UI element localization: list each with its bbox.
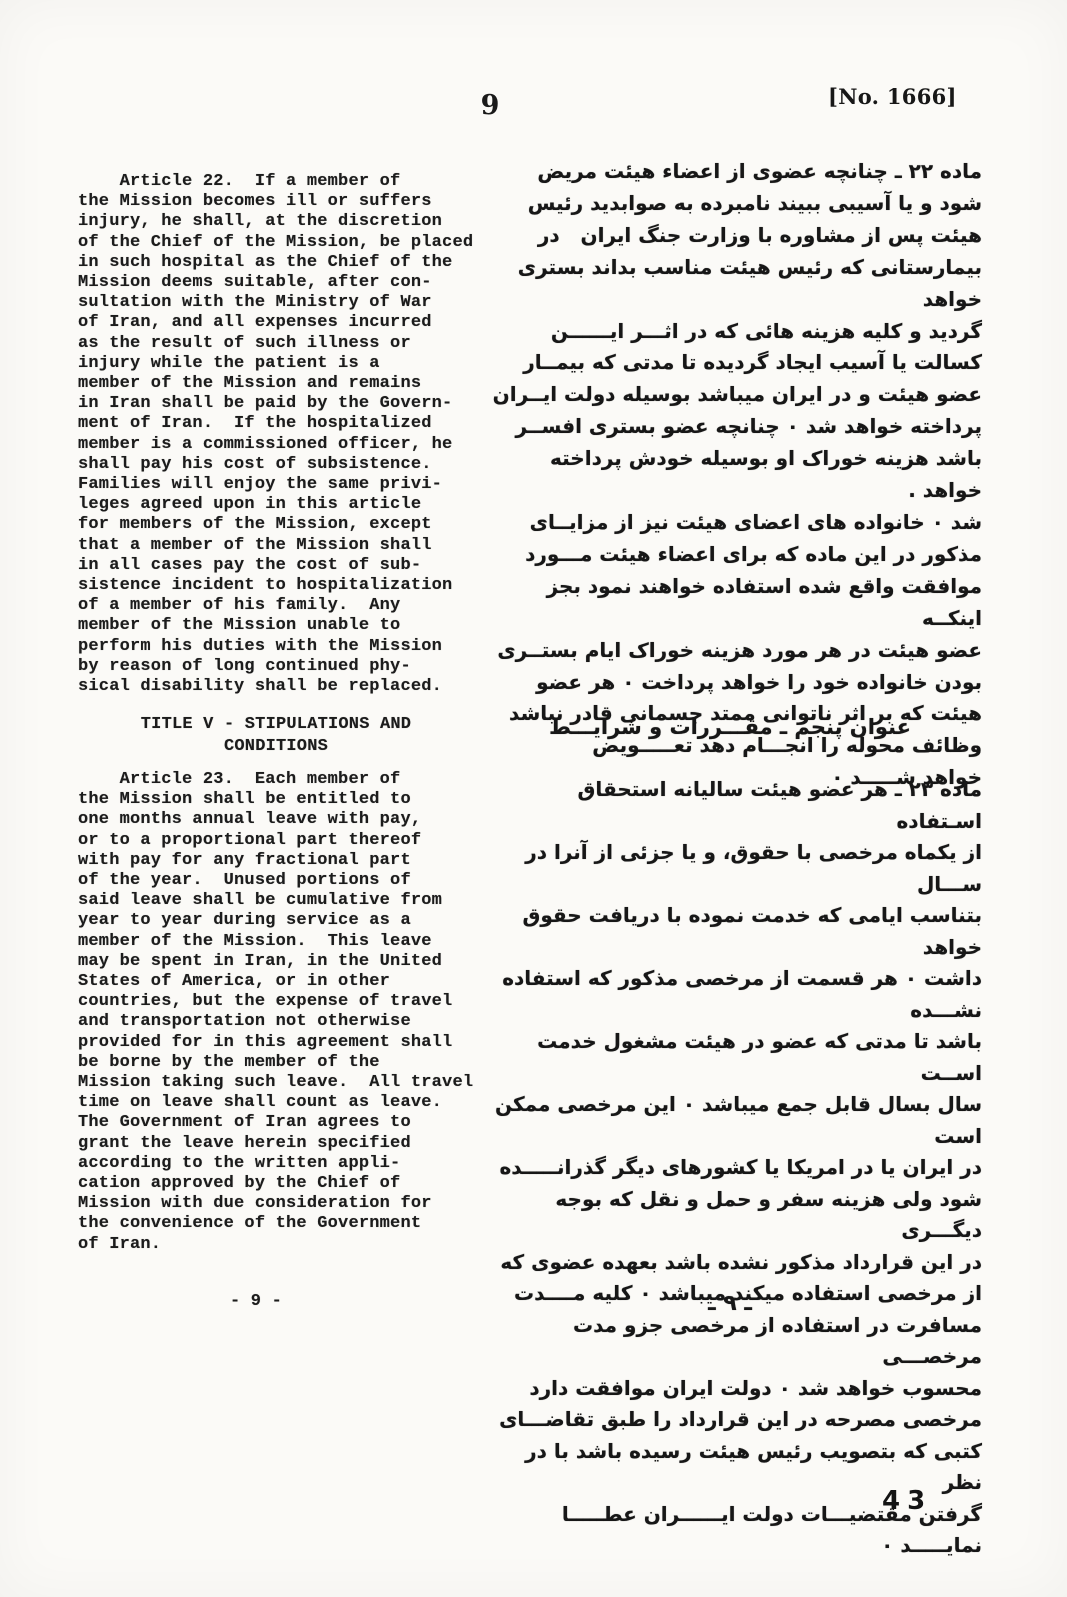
english-article-23-paragraph: Article 23. Each member of the Mission s…	[78, 770, 526, 1255]
persian-article-22-paragraph: ماده ۲۲ ـ چنانچه عضوی از اعضاء هیئت مریض…	[490, 156, 982, 794]
persian-article-23-paragraph: ماده ۲۳ ـ هر عضو هیئت سالیانه استحقاق اس…	[488, 774, 982, 1562]
book-folio-number: 43	[882, 1486, 962, 1516]
english-title-v-heading: TITLE V - STIPULATIONS AND CONDITIONS	[80, 714, 472, 758]
english-column-page-footer: - 9 -	[80, 1292, 432, 1312]
persian-title-v-heading: عنوان پنجم ـ مقـــررات و شرایـــط	[520, 712, 940, 744]
page-number-header: 9	[468, 90, 512, 121]
document-number-header: [No. 1666]	[828, 84, 958, 109]
persian-column-page-footer: ـ ٩ ـ	[610, 1288, 850, 1320]
scanned-treaty-page: 9 [No. 1666] Article 22. If a member of …	[0, 0, 1067, 1597]
english-article-22-paragraph: Article 22. If a member of the Mission b…	[78, 172, 522, 697]
